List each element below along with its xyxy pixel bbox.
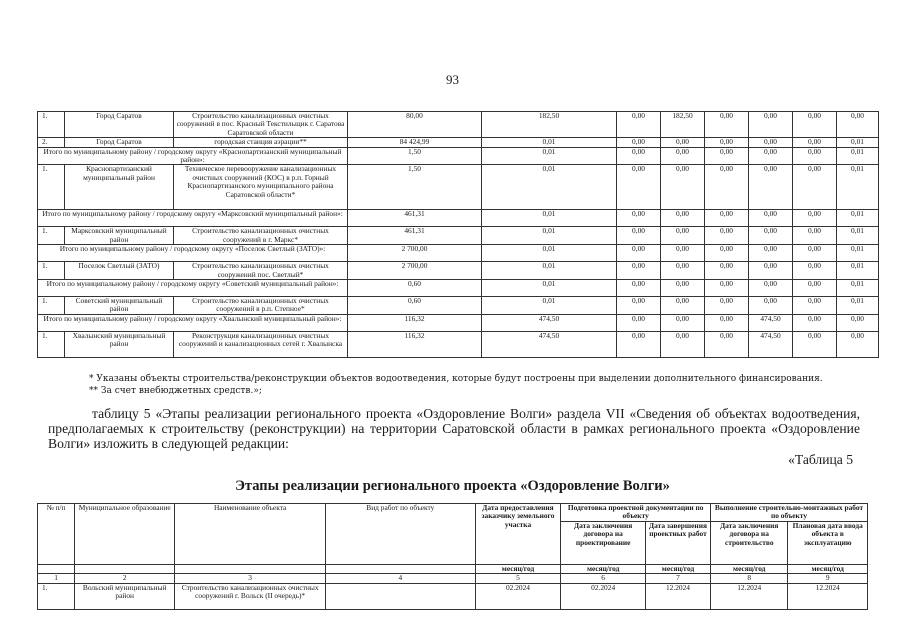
row-value-v8: 0,01	[837, 280, 879, 297]
row-value-v5: 0,00	[705, 314, 749, 331]
row-value-v4: 0,00	[661, 314, 705, 331]
row-value-v6: 474,50	[749, 331, 793, 357]
footnote-1: * Указаны объекты строительства/реконстр…	[89, 373, 823, 385]
row-municipality: Поселок Светлый (ЗАТО)	[65, 262, 174, 280]
row-commissioning: 12.2024	[788, 583, 868, 609]
row-value-v3: 0,00	[617, 147, 661, 165]
row-object: Техническое перевооружение канализационн…	[174, 165, 348, 210]
table-row: 2.Город Саратовгородская станция аэрации…	[38, 138, 879, 147]
header-design-finish: Дата завершения проектных работ	[645, 521, 710, 564]
row-value-v5: 0,00	[705, 227, 749, 245]
row-num: 1.	[38, 112, 65, 138]
row-value-v5: 0,00	[705, 138, 749, 147]
row-value-v2: 0,01	[482, 165, 617, 210]
table-row: 1.Поселок Светлый (ЗАТО)Строительство ка…	[38, 262, 879, 280]
row-value-v7: 0,00	[793, 262, 837, 280]
row-design-contract: 02.2024	[561, 583, 646, 609]
row-object: Строительство канализационных очистных с…	[174, 227, 348, 245]
row-value-v3: 0,00	[617, 165, 661, 210]
row-num: 1.	[38, 262, 65, 280]
header-commissioning: Плановая дата ввода объекта в эксплуатац…	[788, 521, 868, 564]
table-row: 1. Вольский муниципальный район Строител…	[38, 583, 868, 609]
row-value-v1: 116,32	[348, 314, 482, 331]
row-value-v2: 474,50	[482, 314, 617, 331]
subtotal-row: Итого по муниципальному району / городск…	[38, 245, 879, 262]
page-number: 93	[0, 72, 905, 88]
table-row: 1.Город СаратовСтроительство канализацио…	[38, 112, 879, 138]
unit-commissioning: месяц/год	[788, 565, 868, 574]
header-construction-contract: Дата заключения договора на строительств…	[711, 521, 788, 564]
row-value-v4: 0,00	[661, 165, 705, 210]
row-value-v5: 0,00	[705, 165, 749, 210]
subtotal-row: Итого по муниципальному району / городск…	[38, 280, 879, 297]
row-value-v8: 0,01	[837, 138, 879, 147]
row-value-v7: 0,00	[793, 147, 837, 165]
unit-empty	[175, 565, 326, 574]
row-value-v1: 84 424,99	[348, 138, 482, 147]
row-value-v5: 0,00	[705, 245, 749, 262]
row-value-v4: 0,00	[661, 297, 705, 315]
row-design-finish: 12.2024	[645, 583, 710, 609]
subtotal-label: Итого по муниципальному району / городск…	[38, 280, 348, 297]
row-value-v5: 0,00	[705, 280, 749, 297]
table-row: 1.Хвалынский муниципальный районРеконстр…	[38, 331, 879, 357]
row-value-v2: 182,50	[482, 112, 617, 138]
row-value-v2: 0,01	[482, 297, 617, 315]
stages-table: № п/п Муниципальное образование Наименов…	[37, 503, 868, 610]
row-work-type	[325, 583, 475, 609]
row-municipality: Советский муниципальный район	[65, 297, 174, 315]
row-value-v7: 0,00	[793, 112, 837, 138]
row-value-v5: 0,00	[705, 210, 749, 227]
row-value-v2: 0,01	[482, 227, 617, 245]
row-value-v5: 0,00	[705, 147, 749, 165]
column-numbers-row: 1 2 3 4 5 6 7 8 9	[38, 574, 868, 583]
row-value-v4: 0,00	[661, 210, 705, 227]
row-object: городская станция аэрации**	[174, 138, 348, 147]
row-value-v1: 0,60	[348, 280, 482, 297]
row-value-v4: 0,00	[661, 280, 705, 297]
row-value-v5: 0,00	[705, 297, 749, 315]
row-value-v2: 0,01	[482, 210, 617, 227]
row-value-v6: 474,50	[749, 314, 793, 331]
row-value-v2: 0,01	[482, 245, 617, 262]
row-value-v1: 2 700,00	[348, 245, 482, 262]
row-value-v7: 0,00	[793, 210, 837, 227]
row-value-v2: 0,01	[482, 262, 617, 280]
row-value-v6: 0,00	[749, 227, 793, 245]
row-value-v3: 0,00	[617, 227, 661, 245]
col-number: 4	[325, 574, 475, 583]
row-value-v4: 0,00	[661, 138, 705, 147]
row-value-v3: 0,00	[617, 210, 661, 227]
col-number: 8	[711, 574, 788, 583]
row-value-v2: 474,50	[482, 331, 617, 357]
row-object: Реконструкция канализационных очистных с…	[174, 331, 348, 357]
row-value-v1: 80,00	[348, 112, 482, 138]
row-value-v4: 0,00	[661, 331, 705, 357]
header-work-type: Вид работ по объекту	[325, 504, 475, 565]
row-value-v4: 0,00	[661, 227, 705, 245]
amendment-paragraph: таблицу 5 «Этапы реализации региональног…	[48, 406, 860, 451]
row-num: 1.	[38, 227, 65, 245]
row-value-v8: 0,01	[837, 147, 879, 165]
unit-land-date: месяц/год	[475, 565, 561, 574]
header-design-group: Подготовка проектной документации по объ…	[561, 504, 711, 522]
subtotal-label: Итого по муниципальному району / городск…	[38, 210, 348, 227]
row-value-v3: 0,00	[617, 138, 661, 147]
row-value-v8: 0,01	[837, 165, 879, 210]
row-value-v3: 0,00	[617, 297, 661, 315]
row-value-v6: 0,00	[749, 147, 793, 165]
row-value-v6: 0,00	[749, 297, 793, 315]
row-value-v6: 0,00	[749, 112, 793, 138]
row-value-v6: 0,00	[749, 262, 793, 280]
col-number: 3	[175, 574, 326, 583]
row-value-v6: 0,00	[749, 210, 793, 227]
row-value-v4: 182,50	[661, 112, 705, 138]
row-value-v8: 0,01	[837, 210, 879, 227]
objects-financing-table: 1.Город СаратовСтроительство канализацио…	[37, 111, 879, 358]
header-design-contract: Дата заключения договора на проектирован…	[561, 521, 646, 564]
row-value-v1: 1,50	[348, 147, 482, 165]
unit-construction-contract: месяц/год	[711, 565, 788, 574]
subtotal-row: Итого по муниципальному району / городск…	[38, 314, 879, 331]
paragraph-text: таблицу 5 «Этапы реализации региональног…	[48, 406, 860, 451]
row-value-v5: 0,00	[705, 331, 749, 357]
row-value-v8: 0,01	[837, 262, 879, 280]
header-object: Наименование объекта	[175, 504, 326, 565]
col-number: 7	[645, 574, 710, 583]
subtotal-label: Итого по муниципальному району / городск…	[38, 314, 348, 331]
row-value-v2: 0,01	[482, 138, 617, 147]
row-value-v7: 0,00	[793, 227, 837, 245]
row-value-v2: 0,01	[482, 147, 617, 165]
row-value-v4: 0,00	[661, 147, 705, 165]
row-municipality: Город Саратов	[65, 112, 174, 138]
row-value-v2: 0,01	[482, 280, 617, 297]
row-value-v8: 0,01	[837, 227, 879, 245]
row-num: 2.	[38, 138, 65, 147]
row-value-v3: 0,00	[617, 112, 661, 138]
subtotal-label: Итого по муниципальному району / городск…	[38, 245, 348, 262]
row-value-v8: 0,00	[837, 331, 879, 357]
row-value-v7: 0,00	[793, 280, 837, 297]
subtotal-row: Итого по муниципальному району / городск…	[38, 147, 879, 165]
table-row: 1.Советский муниципальный районСтроитель…	[38, 297, 879, 315]
row-value-v7: 0,00	[793, 297, 837, 315]
row-value-v7: 0,00	[793, 165, 837, 210]
row-num: 1.	[38, 165, 65, 210]
row-municipality: Краснопартизанский муниципальный район	[65, 165, 174, 210]
row-value-v1: 1,50	[348, 165, 482, 210]
row-land-date: 02.2024	[475, 583, 561, 609]
row-municipality: Вольский муниципальный район	[75, 583, 175, 609]
row-value-v7: 0,00	[793, 314, 837, 331]
row-value-v1: 116,32	[348, 331, 482, 357]
header-municipality: Муниципальное образование	[75, 504, 175, 565]
col-number: 1	[38, 574, 75, 583]
header-construction-group: Выполнение строительно-монтажных работ п…	[711, 504, 868, 522]
unit-empty	[75, 565, 175, 574]
col-number: 6	[561, 574, 646, 583]
unit-empty	[325, 565, 475, 574]
row-value-v1: 0,60	[348, 297, 482, 315]
header-num: № п/п	[38, 504, 75, 565]
table-label: «Таблица 5	[788, 452, 853, 468]
unit-empty	[38, 565, 75, 574]
row-value-v1: 2 700,00	[348, 262, 482, 280]
col-number: 9	[788, 574, 868, 583]
row-value-v3: 0,00	[617, 245, 661, 262]
subtotal-label: Итого по муниципальному району / городск…	[38, 147, 348, 165]
row-num: 1.	[38, 331, 65, 357]
row-value-v4: 0,00	[661, 245, 705, 262]
row-num: 1.	[38, 583, 75, 609]
row-value-v6: 0,00	[749, 138, 793, 147]
row-value-v3: 0,00	[617, 331, 661, 357]
row-value-v8: 0,01	[837, 245, 879, 262]
row-value-v4: 0,00	[661, 262, 705, 280]
row-num: 1.	[38, 297, 65, 315]
row-construction-contract: 12.2024	[711, 583, 788, 609]
col-number: 2	[75, 574, 175, 583]
row-value-v1: 461,31	[348, 210, 482, 227]
row-value-v1: 461,31	[348, 227, 482, 245]
footnote-2: ** За счет внебюджетных средств.»;	[89, 385, 823, 397]
row-value-v5: 0,00	[705, 262, 749, 280]
row-value-v7: 0,00	[793, 138, 837, 147]
row-object: Строительство канализационных очистных с…	[174, 262, 348, 280]
row-value-v3: 0,00	[617, 262, 661, 280]
row-value-v6: 0,00	[749, 165, 793, 210]
row-value-v7: 0,00	[793, 331, 837, 357]
row-value-v6: 0,00	[749, 280, 793, 297]
row-value-v6: 0,00	[749, 245, 793, 262]
row-value-v7: 0,00	[793, 245, 837, 262]
unit-design-contract: месяц/год	[561, 565, 646, 574]
row-municipality: Хвалынский муниципальный район	[65, 331, 174, 357]
col-number: 5	[475, 574, 561, 583]
row-value-v8: 0,01	[837, 297, 879, 315]
row-object: Строительство канализационных очистных с…	[175, 583, 326, 609]
table-title: Этапы реализации регионального проекта «…	[0, 478, 905, 495]
row-object: Строительство канализационных очистных с…	[174, 112, 348, 138]
unit-design-finish: месяц/год	[645, 565, 710, 574]
header-land-date: Дата предоставления заказчику земельного…	[475, 504, 561, 565]
row-value-v8: 0,00	[837, 112, 879, 138]
row-municipality: Марксовский муниципальный район	[65, 227, 174, 245]
table-row: 1.Марксовский муниципальный районСтроите…	[38, 227, 879, 245]
row-value-v8: 0,00	[837, 314, 879, 331]
row-value-v5: 0,00	[705, 112, 749, 138]
row-municipality: Город Саратов	[65, 138, 174, 147]
row-value-v3: 0,00	[617, 314, 661, 331]
subtotal-row: Итого по муниципальному району / городск…	[38, 210, 879, 227]
row-value-v3: 0,00	[617, 280, 661, 297]
footnotes: * Указаны объекты строительства/реконстр…	[89, 373, 823, 397]
row-object: Строительство канализационных очистных с…	[174, 297, 348, 315]
table-row: 1.Краснопартизанский муниципальный район…	[38, 165, 879, 210]
